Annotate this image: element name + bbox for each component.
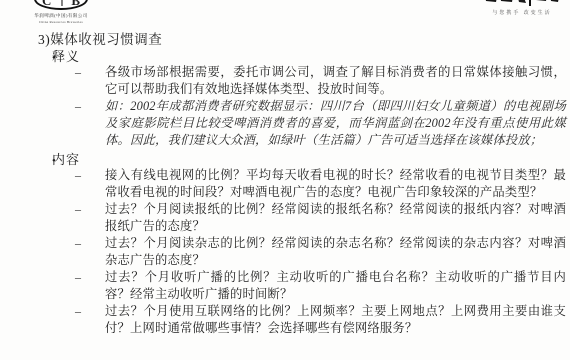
page-title: 3)媒体收视习惯调查	[38, 28, 162, 48]
dash-icon: –	[75, 201, 105, 235]
section-label: 内容	[52, 149, 80, 168]
company-logo: C || B 华润啤酒(中国)有限公司 China Resources Brew…	[30, 0, 92, 24]
dash-icon: –	[75, 235, 105, 269]
list-item-text: 过去？个月阅读报纸的比例？经常阅读的报纸名称？经常阅读的报纸内容？对啤酒报纸广告…	[105, 201, 566, 235]
section-header-content: • 内容	[0, 149, 570, 167]
bullet-icon: •	[0, 155, 52, 167]
section-header-definition: • 释义	[0, 46, 570, 64]
bullet-icon: •	[0, 52, 52, 64]
dash-icon: –	[75, 64, 105, 98]
crb-oval-logo-icon: C || B	[34, 0, 88, 10]
logo-letter-b: B	[71, 0, 80, 8]
list-item: – 过去？个月收听广播的比例？主动收听的广播电台名称？主动收听的广播节目内容？经…	[0, 269, 570, 303]
document-page: C || B 华润啤酒(中国)有限公司 China Resources Brew…	[0, 0, 570, 360]
list-item-text: 过去？个月阅读杂志的比例？经常阅读的杂志名称？经常阅读的杂志内容？对啤酒杂志广告…	[105, 235, 566, 269]
brand-calligraphy-icon	[482, 0, 562, 8]
list-item: – 过去？个月阅读杂志的比例？经常阅读的杂志名称？经常阅读的杂志内容？对啤酒杂志…	[0, 235, 570, 269]
logo-center-mark-icon: ||	[61, 0, 63, 8]
list-item-text: 各级市场部根据需要，委托市调公司，调查了解目标消费者的日常媒体接触习惯，它可以帮…	[105, 64, 566, 98]
dash-icon: –	[75, 269, 105, 303]
list-item: – 过去？个月阅读报纸的比例？经常阅读的报纸名称？经常阅读的报纸内容？对啤酒报纸…	[0, 201, 570, 235]
list-item-text: 如：2002年成都消费者研究数据显示：四川7台（即四川妇女儿童频道）的电视剧场及…	[105, 98, 566, 149]
list-item: – 如：2002年成都消费者研究数据显示：四川7台（即四川妇女儿童频道）的电视剧…	[0, 98, 570, 149]
list-item: – 过去？个月使用互联网络的比例？上网频率？主要上网地点？上网费用主要由谁支付？…	[0, 303, 570, 337]
brand-tagline: 与您携手 改变生活	[482, 9, 562, 16]
company-name-chinese: 华润啤酒(中国)有限公司	[33, 12, 89, 18]
section-label: 释义	[52, 46, 80, 65]
dash-icon: –	[75, 167, 105, 201]
list-item-text: 接入有线电视网的比例？平均每天收看电视的时长？经常收看的电视节目类型？最常收看电…	[105, 167, 566, 201]
list-item-text: 过去？个月收听广播的比例？主动收听的广播电台名称？主动收听的广播节目内容？经常主…	[105, 269, 566, 303]
list-item: – 接入有线电视网的比例？平均每天收看电视的时长？经常收看的电视节目类型？最常收…	[0, 167, 570, 201]
list-item: – 各级市场部根据需要，委托市调公司，调查了解目标消费者的日常媒体接触习惯，它可…	[0, 64, 570, 98]
dash-icon: –	[75, 98, 105, 149]
company-name-english: China Resources Breweries	[35, 19, 88, 23]
document-body: • 释义 – 各级市场部根据需要，委托市调公司，调查了解目标消费者的日常媒体接触…	[0, 46, 570, 337]
dash-icon: –	[75, 303, 105, 337]
brand-logo: 与您携手 改变生活	[482, 0, 562, 16]
logo-letter-c: C	[42, 0, 51, 8]
list-item-text: 过去？个月使用互联网络的比例？上网频率？主要上网地点？上网费用主要由谁支付？上网…	[105, 303, 566, 337]
